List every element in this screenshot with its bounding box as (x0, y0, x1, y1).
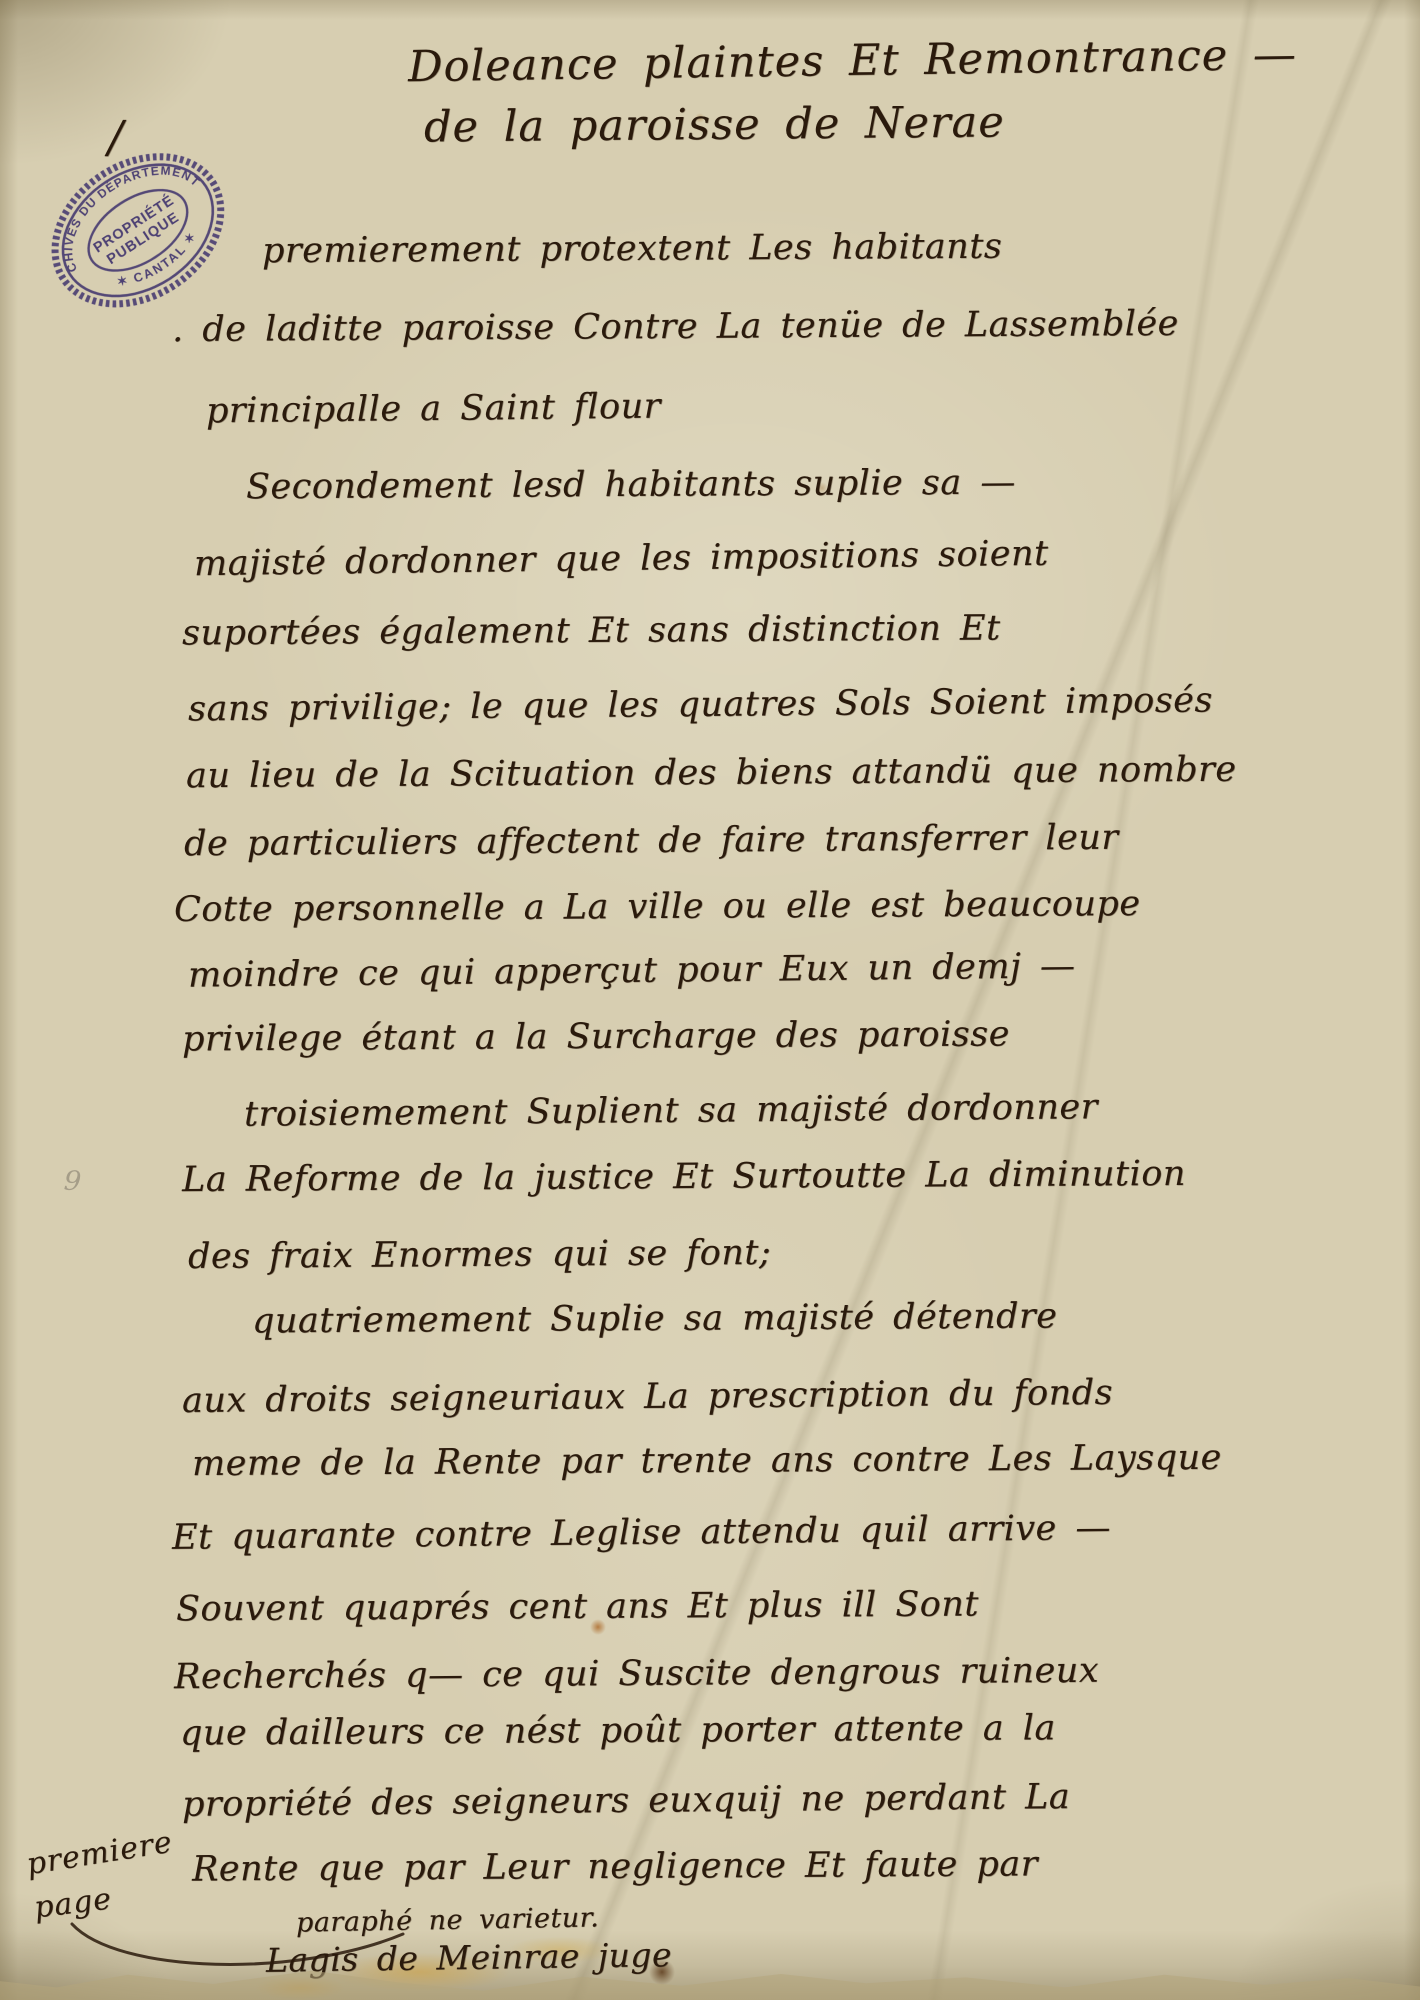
manuscript-line: Et quarante contre Leglise attendu quil … (172, 1509, 1111, 1557)
pencil-mark: 9 (63, 1165, 82, 1197)
manuscript-line: moindre ce qui apperçut pour Eux un demj… (188, 947, 1076, 995)
manuscript-line: Souvent quaprés cent ans Et plus ill Son… (176, 1586, 979, 1629)
title-line-2: de la paroisse de Nerae (424, 99, 1005, 151)
manuscript-line: meme de la Rente par trente ans contre L… (192, 1439, 1222, 1484)
margin-flourish (58, 1912, 418, 1982)
manuscript-line: quatriemement Suplie sa majisté détendre (252, 1298, 1058, 1341)
title-line-1: Doleance plaintes Et Remontrance — (408, 32, 1297, 92)
manuscript-line: sans privilige; le que les quatres Sols … (188, 682, 1213, 729)
manuscript-line: majisté dordonner que les impositions so… (194, 535, 1049, 584)
margin-note-premiere: premiere (24, 1825, 175, 1883)
insert-mark: ∕ (108, 112, 123, 163)
manuscript-line: . de laditte paroisse Contre La tenüe de… (172, 305, 1179, 350)
manuscript-line: que dailleurs ce nést poût porter attent… (180, 1709, 1056, 1753)
manuscript-line: de particuliers affectent de faire trans… (184, 819, 1119, 864)
manuscript-line: Secondement lesd habitants suplie sa — (246, 464, 1016, 507)
manuscript-page: ARCHIVES DU DÉPARTEMENT DU ✶ CANTAL ✶ PR… (0, 0, 1420, 2000)
manuscript-line: propriété des seigneurs euxquij ne perda… (182, 1778, 1071, 1824)
manuscript-line: aux droits seigneuriaux La prescription … (182, 1374, 1113, 1421)
manuscript-line: troisiemement Suplient sa majisté dordon… (244, 1088, 1098, 1134)
manuscript-line: au lieu de la Scituation des biens attan… (186, 751, 1237, 796)
manuscript-line: Rente que par Leur negligence Et faute p… (192, 1845, 1038, 1889)
manuscript-line: Cotte personnelle a La ville ou elle est… (174, 885, 1141, 929)
manuscript-line: premierement protextent Les habitants (262, 228, 1003, 271)
manuscript-line: La Reforme de la justice Et Surtoutte La… (182, 1155, 1186, 1200)
manuscript-line: principalle a Saint flour (206, 388, 661, 431)
manuscript-line: suportées également Et sans distinction … (182, 610, 1001, 653)
manuscript-line: Recherchés q— ce qui Suscite dengrous ru… (174, 1652, 1099, 1697)
manuscript-line: privilege étant a la Surcharge des paroi… (182, 1015, 1010, 1059)
manuscript-line: des fraix Enormes qui se font; (188, 1234, 771, 1277)
